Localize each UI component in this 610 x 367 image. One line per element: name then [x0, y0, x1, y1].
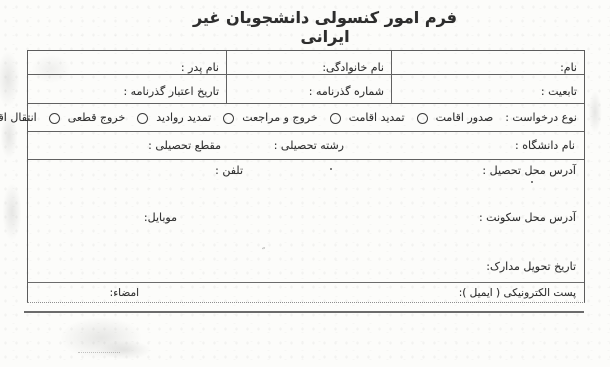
passport-row: تابعیت : شماره گذرنامه : تاریخ اعتبار گذ… [28, 75, 584, 104]
father-name-label: نام پدر : [181, 61, 219, 74]
education-row: نام دانشگاه : رشته تحصیلی : مقطع تحصیلی … [28, 132, 584, 160]
final-exit-radio-icon[interactable] [49, 113, 60, 124]
extend-visa-radio-icon[interactable] [137, 113, 148, 124]
scan-noise-blob [2, 182, 22, 242]
footer-row: پست الکترونیکی ( ایمیل ): امضاء: [28, 283, 584, 303]
family-name-label: نام خانوادگی: [322, 61, 384, 74]
option-extend-visa: تمدید روادید [137, 111, 211, 124]
option-final-exit: خروج قطعی [49, 111, 126, 124]
passport-expiry-label: تاریخ اعتبار گذرنامه : [123, 85, 219, 98]
passport-number-field: شماره گذرنامه : [226, 75, 391, 103]
delivery-date-label: تاریخ تحویل مدارک: [486, 260, 576, 273]
ink-dot [531, 181, 533, 183]
passport-expiry-field: تاریخ اعتبار گذرنامه : [28, 75, 226, 103]
option-extend-residence: تمدید اقامت [330, 111, 405, 124]
name-label: نام: [560, 61, 577, 74]
option-transfer-residence-label: انتقال اقامت [0, 111, 37, 124]
extend-residence-radio-icon[interactable] [330, 113, 341, 124]
scan-noise-blob [588, 90, 602, 134]
contact-block: آدرس محل تحصیل : تلفن : آدرس محل سکونت :… [28, 160, 584, 283]
nationality-field: تابعیت : [391, 75, 584, 103]
study-address-label: آدرس محل تحصیل : [482, 164, 576, 177]
option-exit-return: خروج و مراجعت [223, 111, 318, 124]
ink-dot [330, 168, 332, 170]
ink-smudge [262, 247, 265, 257]
university-label: نام دانشگاه : [515, 139, 575, 152]
option-extend-visa-label: تمدید روادید [156, 111, 211, 124]
scanned-consular-form-page: فرم امور کنسولی دانشجویان غیر ایرانی نام… [0, 0, 610, 367]
father-name-field: نام پدر : [28, 51, 226, 74]
exit-return-radio-icon[interactable] [223, 113, 234, 124]
request-type-label: نوع درخواست : [505, 111, 577, 124]
identity-row: نام: نام خانوادگی: نام پدر : [28, 51, 584, 75]
study-field-label: رشته تحصیلی : [274, 139, 344, 152]
option-final-exit-label: خروج قطعی [68, 111, 126, 124]
option-exit-return-label: خروج و مراجعت [242, 111, 318, 124]
form-table: نام: نام خانوادگی: نام پدر : تابعیت : شم… [27, 50, 585, 303]
passport-number-label: شماره گذرنامه : [309, 85, 384, 98]
residence-address-label: آدرس محل سکونت : [479, 211, 576, 224]
scan-bottom-rule [24, 311, 584, 313]
scan-noise-blob [98, 340, 152, 360]
name-field: نام: [391, 51, 584, 74]
email-label: پست الکترونیکی ( ایمیل ): [459, 287, 576, 299]
nationality-label: تابعیت : [541, 85, 577, 98]
form-title: فرم امور کنسولی دانشجویان غیر ایرانی [172, 8, 478, 46]
family-name-field: نام خانوادگی: [226, 51, 391, 74]
scan-noise-dash [78, 352, 120, 353]
option-extend-residence-label: تمدید اقامت [349, 111, 405, 124]
signature-label: امضاء: [110, 287, 139, 299]
scan-noise-blob [58, 316, 144, 360]
scan-noise-blob [0, 50, 20, 108]
study-level-label: مقطع تحصیلی : [148, 139, 221, 152]
option-issue-residence-label: صدور اقامت [436, 111, 494, 124]
issue-residence-radio-icon[interactable] [417, 113, 428, 124]
mobile-label: موبایل: [144, 211, 177, 224]
option-issue-residence: صدور اقامت [417, 111, 494, 124]
phone-label: تلفن : [215, 164, 243, 177]
request-type-row: نوع درخواست : صدور اقامت تمدید اقامت خرو… [28, 104, 584, 132]
option-transfer-residence: انتقال اقامت [0, 111, 37, 124]
